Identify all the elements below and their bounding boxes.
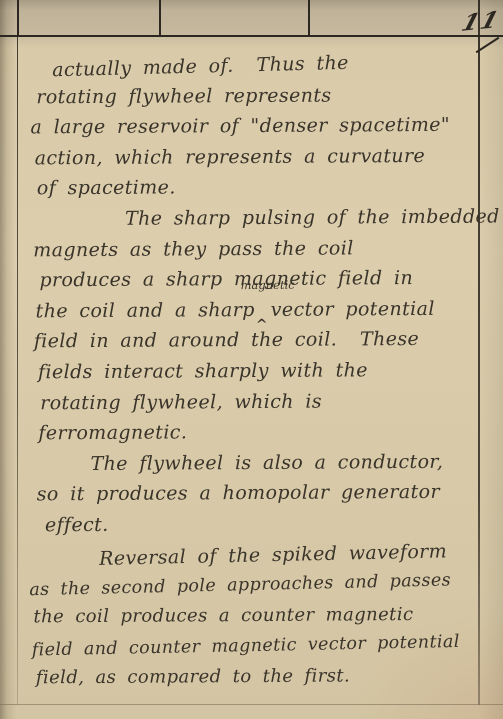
handwritten-line: The sharp pulsing of the imbedded xyxy=(125,202,477,235)
page-number: 11 xyxy=(458,6,503,37)
top-margin-rule xyxy=(0,35,503,37)
inserted-word: magnetic xyxy=(241,270,295,301)
handwritten-line: of spacetime. xyxy=(37,171,477,204)
handwritten-line: magnets as they pass the coil xyxy=(33,232,477,265)
top-tick-mark xyxy=(17,0,19,37)
handwritten-text-block: actually made of. Thus the rotating flyw… xyxy=(24,49,480,694)
handwritten-line-with-insertion: the coil and a sharpmagnetic^vector pote… xyxy=(36,293,478,326)
handwritten-line: so it produces a homopolar generator xyxy=(37,477,479,510)
handwritten-line: ferromagnetic. xyxy=(38,416,478,449)
top-tick-mark xyxy=(159,0,161,37)
top-tick-mark xyxy=(308,0,310,37)
handwritten-line: field, as compared to the first. xyxy=(36,660,480,693)
insertion-caret-icon: ^ xyxy=(256,310,268,341)
handwritten-line: action, which represents a curvature xyxy=(35,140,477,173)
handwritten-line: effect. xyxy=(45,508,479,541)
handwritten-line: fields interact sharply with the xyxy=(38,355,478,388)
left-margin-rule xyxy=(17,37,18,705)
handwritten-line: The flywheel is also a conductor, xyxy=(90,446,478,479)
line-text-pre: the coil and a sharp xyxy=(36,299,255,322)
line-text-post: vector potential xyxy=(271,298,435,321)
insertion: magnetic^ xyxy=(255,297,271,316)
bottom-margin-rule xyxy=(0,704,503,705)
handwritten-line: rotating flywheel, which is xyxy=(40,385,478,418)
notebook-page: 11 actually made of. Thus the rotating f… xyxy=(0,0,503,719)
handwritten-line: a large reservoir of "denser spacetime" xyxy=(30,110,476,143)
